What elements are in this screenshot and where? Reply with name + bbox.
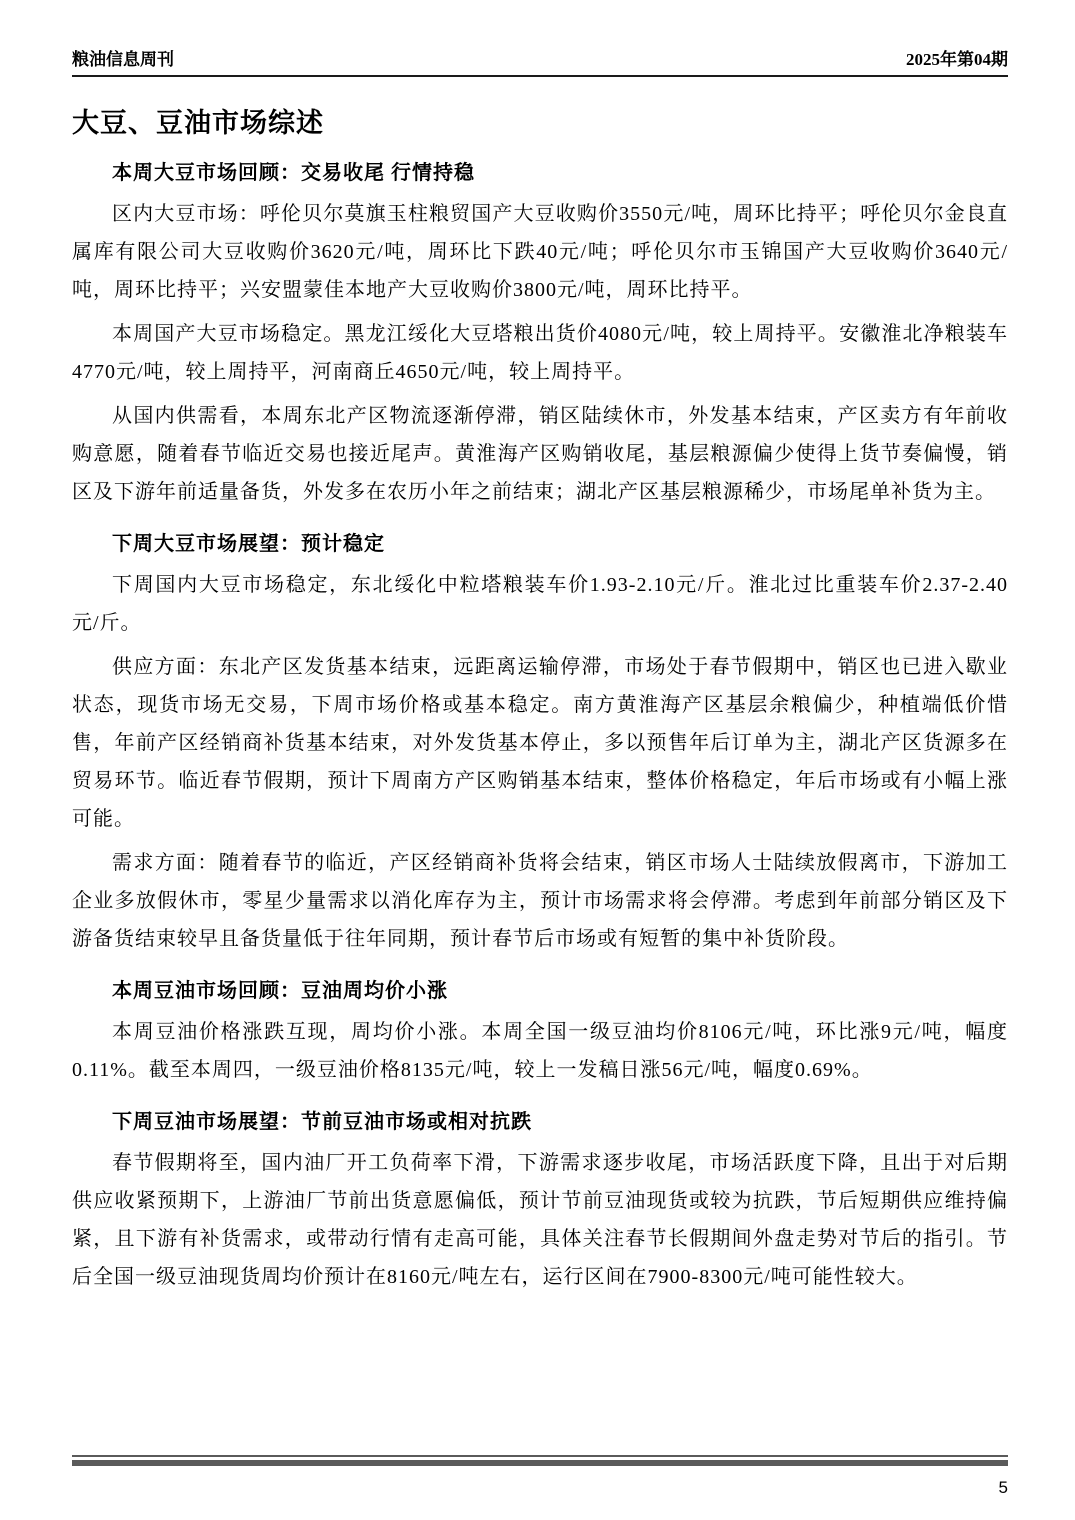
paragraph-regional-soybean-prices: 区内大豆市场：呼伦贝尔莫旗玉柱粮贸国产大豆收购价3550元/吨，周环比持平；呼伦…: [72, 195, 1008, 309]
section-soyoil-next-week-outlook: 下周豆油市场展望：节前豆油市场或相对抗跌 春节假期将至，国内油厂开工负荷率下滑，…: [72, 1105, 1008, 1296]
section-heading-soybean-review: 本周大豆市场回顾：交易收尾 行情持稳: [72, 156, 1008, 185]
footer-rule-thick: [72, 1460, 1008, 1466]
footer-rule-thin: [72, 1455, 1008, 1457]
paragraph-supply-side: 供应方面：东北产区发货基本结束，远距离运输停滞，市场处于春节假期中，销区也已进入…: [72, 648, 1008, 838]
section-soybean-week-review: 本周大豆市场回顾：交易收尾 行情持稳 区内大豆市场：呼伦贝尔莫旗玉柱粮贸国产大豆…: [72, 156, 1008, 511]
paragraph-soyoil-outlook: 春节假期将至，国内油厂开工负荷率下滑，下游需求逐步收尾，市场活跃度下降，且出于对…: [72, 1144, 1008, 1296]
issue-label: 2025年第04期: [906, 50, 1008, 70]
section-soyoil-week-review: 本周豆油市场回顾：豆油周均价小涨 本周豆油价格涨跌互现，周均价小涨。本周全国一级…: [72, 974, 1008, 1089]
paragraph-next-week-prices: 下周国内大豆市场稳定，东北绥化中粒塔粮装车价1.93-2.10元/斤。淮北过比重…: [72, 566, 1008, 642]
paragraph-demand-side: 需求方面：随着春节的临近，产区经销商补货将会结束，销区市场人士陆续放假离市，下游…: [72, 844, 1008, 958]
section-heading-soyoil-review: 本周豆油市场回顾：豆油周均价小涨: [72, 974, 1008, 1003]
page-footer: 5: [72, 1455, 1008, 1498]
paragraph-supply-demand-overview: 从国内供需看，本周东北产区物流逐渐停滞，销区陆续休市，外发基本结束，产区卖方有年…: [72, 397, 1008, 511]
page-header: 粮油信息周刊 2025年第04期: [72, 50, 1008, 77]
paragraph-soyoil-prices: 本周豆油价格涨跌互现，周均价小涨。本周全国一级豆油均价8106元/吨，环比涨9元…: [72, 1013, 1008, 1089]
section-soybean-next-week-outlook: 下周大豆市场展望：预计稳定 下周国内大豆市场稳定，东北绥化中粒塔粮装车价1.93…: [72, 527, 1008, 958]
page-number: 5: [72, 1478, 1008, 1498]
journal-title: 粮油信息周刊: [72, 50, 174, 70]
paragraph-domestic-soybean-prices: 本周国产大豆市场稳定。黑龙江绥化大豆塔粮出货价4080元/吨，较上周持平。安徽淮…: [72, 315, 1008, 391]
document-page: 粮油信息周刊 2025年第04期 大豆、豆油市场综述 本周大豆市场回顾：交易收尾…: [0, 0, 1075, 1520]
section-heading-soybean-outlook: 下周大豆市场展望：预计稳定: [72, 527, 1008, 556]
page-title: 大豆、豆油市场综述: [72, 101, 1008, 140]
section-heading-soyoil-outlook: 下周豆油市场展望：节前豆油市场或相对抗跌: [72, 1105, 1008, 1134]
